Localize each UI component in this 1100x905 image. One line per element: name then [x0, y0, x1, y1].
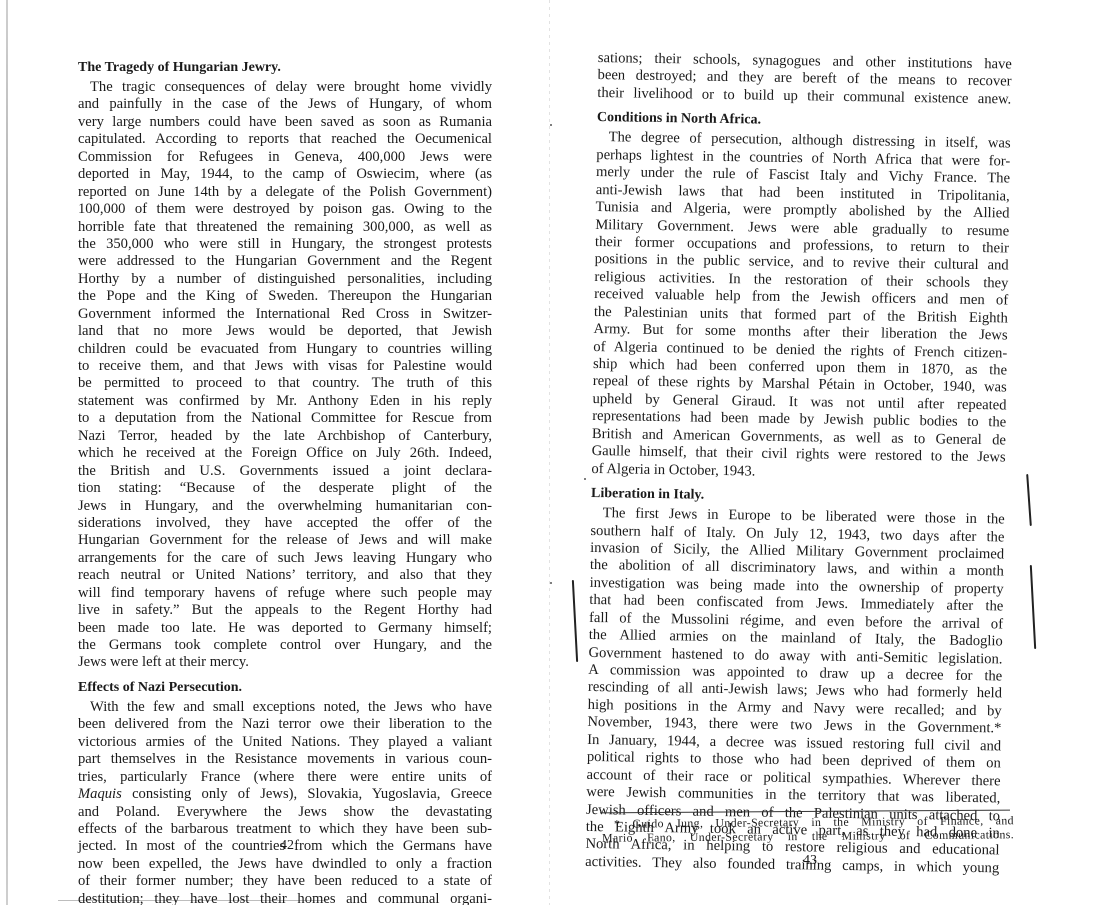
- right-page: sations; their schools, synagogues and o…: [585, 50, 1012, 878]
- text-line: children could be evacuated from Hungary…: [78, 341, 492, 358]
- text-line: which he received at the Foreign Office …: [78, 445, 492, 462]
- paragraph-hungarian-jewry: The tragic consequences of delay were br…: [78, 79, 492, 672]
- text-line: Horthy by a number of distinguished pers…: [78, 271, 492, 288]
- margin-mark-right-top: [1026, 474, 1032, 526]
- text-line: Hungarian Government for the release of …: [78, 532, 492, 549]
- text-line: Jews were left at their mercy.: [78, 654, 492, 671]
- text-line: reported on June 14th by a delegate of t…: [78, 184, 492, 201]
- text-line: victorious armies of the United Nations.…: [78, 734, 492, 751]
- page-number-right: 43: [803, 853, 817, 869]
- text-line: deported in May, 1944, to the camp of Os…: [78, 166, 492, 183]
- text-line: be permitted to proceed to that country.…: [78, 375, 492, 392]
- paragraph-north-africa: The degree of persecution, although dist…: [591, 129, 1010, 484]
- text-line: been made too late. He was deported to G…: [78, 620, 492, 637]
- page-number-left: 42: [280, 838, 294, 854]
- text-line: the 350,000 who were still in Hungary, t…: [78, 236, 492, 253]
- text-line: destitution; they have lost their homes …: [78, 891, 492, 905]
- margin-mark-right-bottom: [1030, 565, 1036, 649]
- text-line: capitulated. According to reports that r…: [78, 131, 492, 148]
- text-line: Jews in Hungary, and the overwhelming hu…: [78, 498, 492, 515]
- text-line: 100,000 of them were destroyed by poison…: [78, 201, 492, 218]
- text-line: reach neutral or United Nations’ territo…: [78, 567, 492, 584]
- text-line: effects of the barbarous treatment to wh…: [78, 821, 492, 838]
- text-line: very large numbers could have been saved…: [78, 114, 492, 131]
- text-line: arrangements for the care of such Jews l…: [78, 550, 492, 567]
- text-line: and painfully in the case of the Jews of…: [78, 96, 492, 113]
- text-line: live in safety.” But the appeals to the …: [78, 602, 492, 619]
- text-line: been delivered from the Nazi terror owe …: [78, 716, 492, 733]
- book-spine-edge: [6, 0, 8, 905]
- text-line: land that no more Jews would be deported…: [78, 323, 492, 340]
- text-line: Maquis consisting only of Jews), Slovaki…: [78, 786, 492, 803]
- text-line: were addressed to the Hungarian Governme…: [78, 253, 492, 270]
- text-line: horrible fate that threatened the remain…: [78, 219, 492, 236]
- text-line: statement was confirmed by Mr. Anthony E…: [78, 393, 492, 410]
- text-line: siderations involved, they have accepted…: [78, 515, 492, 532]
- margin-dot: [550, 124, 552, 126]
- text-line: now been expelled, the Jews have dwindle…: [78, 856, 492, 873]
- left-page: The Tragedy of Hungarian Jewry. The trag…: [78, 57, 492, 905]
- text-line: the Pope and the King of Sweden. Thereup…: [78, 288, 492, 305]
- text-line: Government informed the International Re…: [78, 306, 492, 323]
- margin-dot: [550, 582, 552, 584]
- text-line: The tragic consequences of delay were br…: [78, 79, 492, 96]
- text-line: Nazi Terror, headed by the late Archbish…: [78, 428, 492, 445]
- text-line: Commission for Refugees in Geneva, 400,0…: [78, 149, 492, 166]
- section-heading-nazi-persecution: Effects of Nazi Persecution.: [78, 677, 492, 699]
- text-line: part themselves in the Resistance moveme…: [78, 751, 492, 768]
- footnote: * Guido Jung, Under-Secretary in the Min…: [602, 813, 1014, 845]
- margin-mark-left: [572, 580, 578, 662]
- section-heading-hungarian-jewry: The Tragedy of Hungarian Jewry.: [78, 57, 492, 79]
- page-gutter: [549, 0, 550, 905]
- text-line: will find temporary havens of refuge whe…: [78, 585, 492, 602]
- text-line: to receive them, and that Jews with visa…: [78, 358, 492, 375]
- text-line: and Poland. Everywhere the Jews show the…: [78, 804, 492, 821]
- paragraph-nazi-persecution: With the few and small exceptions noted,…: [78, 699, 492, 905]
- margin-dot: [584, 478, 586, 480]
- text-line: the British and U.S. Governments issued …: [78, 463, 492, 480]
- text-line: With the few and small exceptions noted,…: [78, 699, 492, 716]
- text-line: the Germans took complete control over H…: [78, 637, 492, 654]
- text-line: of their former number; they have been r…: [78, 873, 492, 890]
- italic-word: Maquis: [78, 786, 122, 802]
- paragraph-continuation: sations; their schools, synagogues and o…: [597, 50, 1012, 109]
- text-line: tion stating: “Because of the desperate …: [78, 480, 492, 497]
- text-line: tries, particularly France (where there …: [78, 769, 492, 786]
- text-line: to a deputation from the National Commit…: [78, 410, 492, 427]
